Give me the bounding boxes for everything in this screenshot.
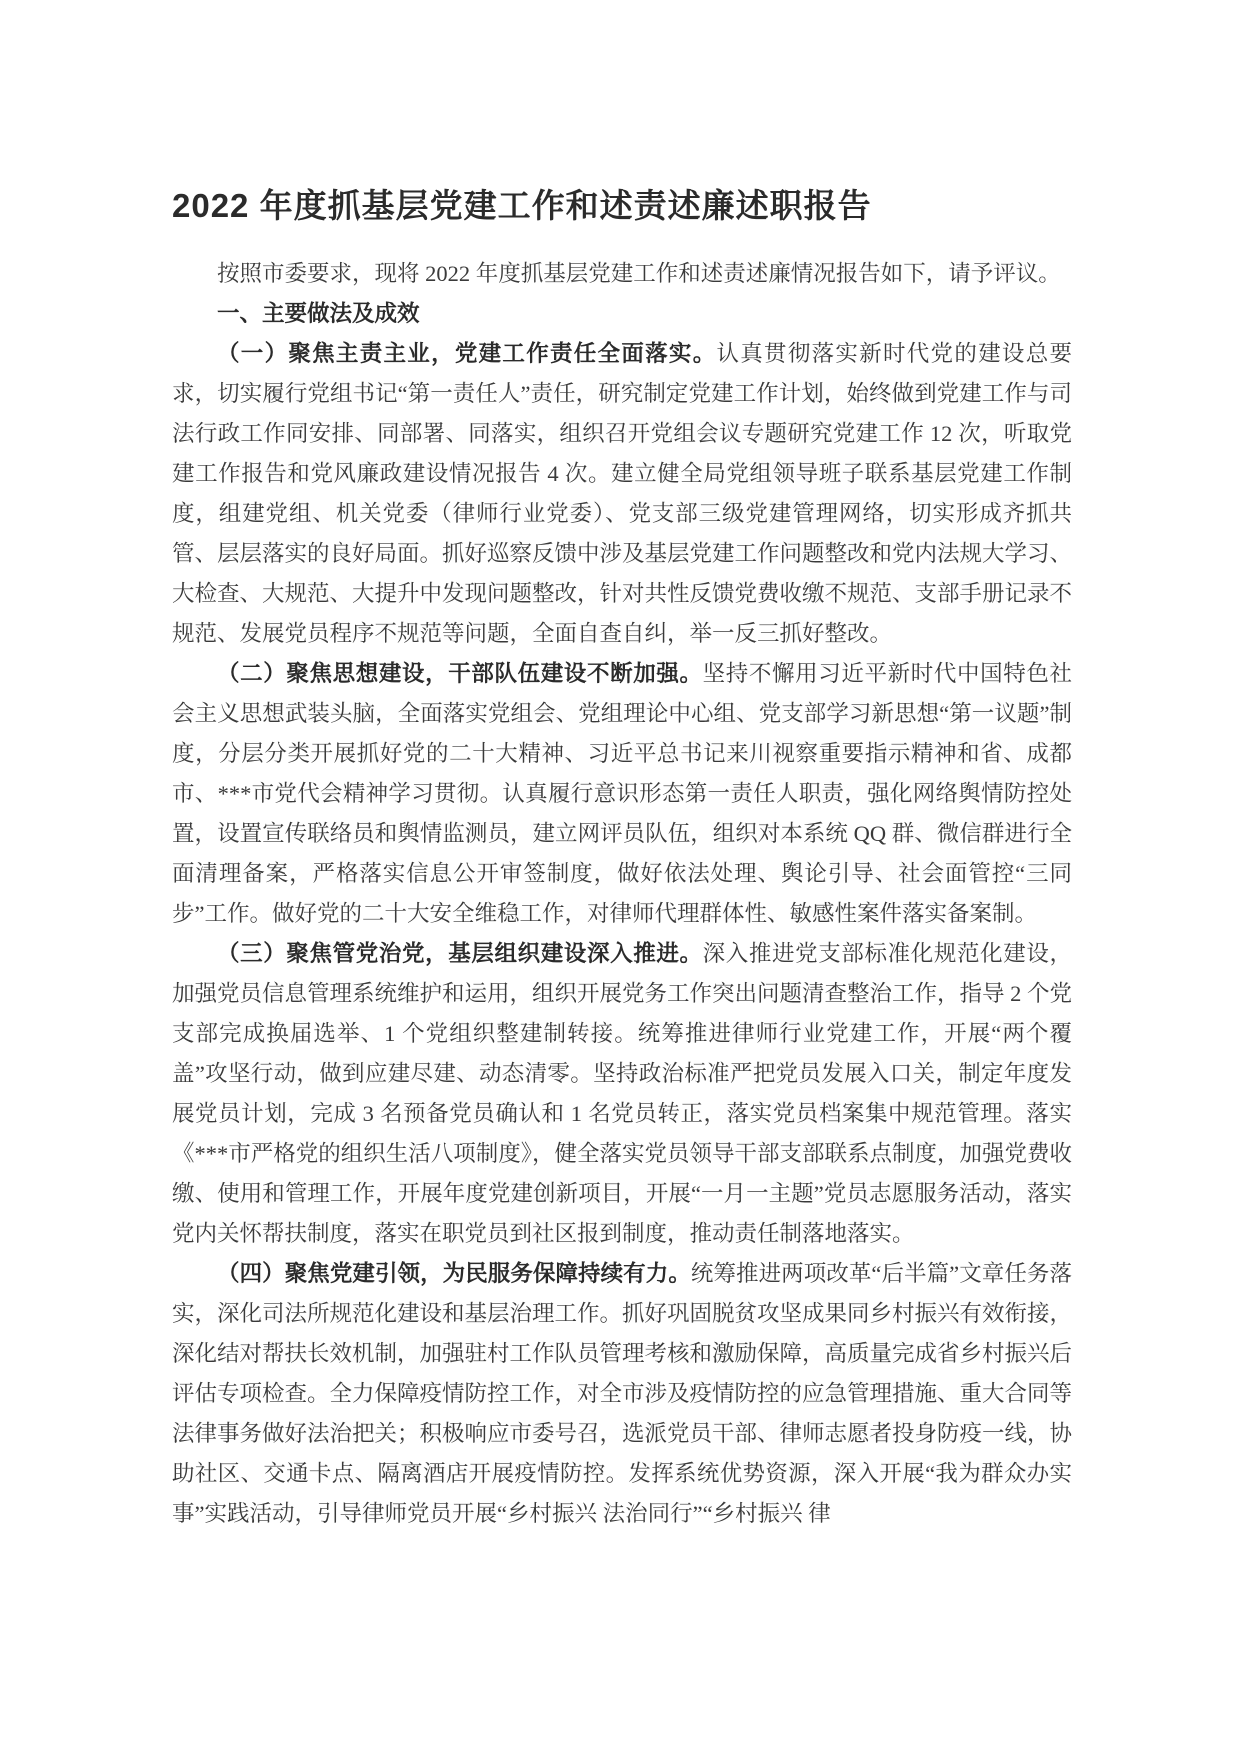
paragraph-3-body: 深入推进党支部标准化规范化建设，加强党员信息管理系统维护和运用，组织开展党务工作…: [172, 941, 1072, 1246]
section-heading-text: 一、主要做法及成效: [217, 301, 420, 326]
paragraph-1-body: 认真贯彻落实新时代党的建设总要求，切实履行党组书记“第一责任人”责任，研究制定党…: [172, 341, 1072, 646]
intro-paragraph: 按照市委要求，现将 2022 年度抓基层党建工作和述责述廉情况报告如下，请予评议…: [172, 254, 1072, 294]
paragraph-3-lead: （三）聚焦管党治党，基层组织建设深入推进。: [217, 941, 703, 966]
paragraph-1: （一）聚焦主责主业，党建工作责任全面落实。认真贯彻落实新时代党的建设总要求，切实…: [172, 334, 1072, 654]
paragraph-1-lead: （一）聚焦主责主业，党建工作责任全面落实。: [217, 341, 716, 366]
paragraph-4: （四）聚焦党建引领，为民服务保障持续有力。统筹推进两项改革“后半篇”文章任务落实…: [172, 1254, 1072, 1534]
document-title: 2022 年度抓基层党建工作和述责述廉述职报告: [172, 182, 1072, 230]
paragraph-2-body: 坚持不懈用习近平新时代中国特色社会主义思想武装头脑，全面落实党组会、党组理论中心…: [172, 661, 1072, 926]
paragraph-2: （二）聚焦思想建设，干部队伍建设不断加强。坚持不懈用习近平新时代中国特色社会主义…: [172, 654, 1072, 934]
section-heading: 一、主要做法及成效: [172, 294, 1072, 334]
paragraph-2-lead: （二）聚焦思想建设，干部队伍建设不断加强。: [217, 661, 703, 686]
paragraph-3: （三）聚焦管党治党，基层组织建设深入推进。深入推进党支部标准化规范化建设，加强党…: [172, 934, 1072, 1254]
paragraph-4-lead: （四）聚焦党建引领，为民服务保障持续有力。: [217, 1261, 691, 1286]
document-page: 2022 年度抓基层党建工作和述责述廉述职报告 按照市委要求，现将 2022 年…: [0, 0, 1240, 1754]
paragraph-4-body: 统筹推进两项改革“后半篇”文章任务落实，深化司法所规范化建设和基层治理工作。抓好…: [172, 1261, 1072, 1526]
